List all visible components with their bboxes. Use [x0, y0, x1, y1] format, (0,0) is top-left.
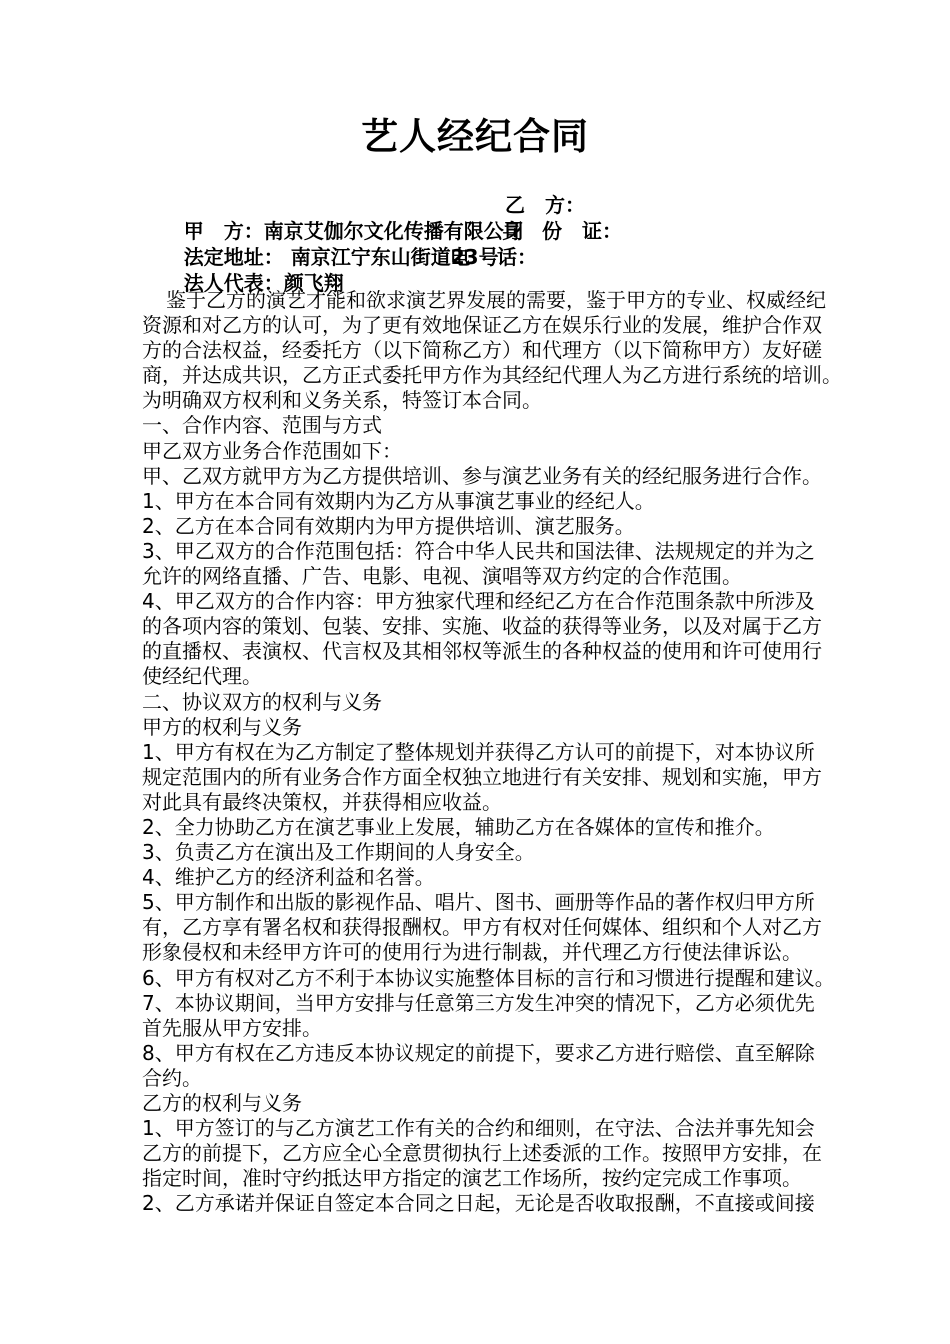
- subsection-heading: 甲方的权利与义务: [142, 715, 808, 740]
- contract-line: 4、甲乙双方的合作内容：甲方独家代理和经纪乙方在合作范围条款中所涉及: [142, 589, 808, 614]
- contract-line: 1、甲方在本合同有效期内为乙方从事演艺事业的经纪人。: [142, 489, 808, 514]
- contract-line: 对此具有最终决策权，并获得相应收益。: [142, 790, 808, 815]
- id-card-label: 身 份 证：: [502, 218, 622, 244]
- contract-body: 鉴于乙方的演艺才能和欲求演艺界发展的需要，鉴于甲方的专业、权威经纪 资源和对乙方…: [142, 288, 808, 1216]
- contract-line: 指定时间，准时守约抵达甲方指定的演艺工作场所，按约定完成工作事项。: [142, 1166, 808, 1191]
- party-b-label: 乙 方：: [505, 192, 585, 218]
- contract-line: 合约。: [142, 1066, 808, 1091]
- contract-page: 艺人经纪合同 甲 方：南京艾伽尔文化传播有限公司 乙 方： 法定地址： 南京江宁…: [0, 0, 950, 1344]
- contract-line: 的各项内容的策划、包装、安排、实施、收益的获得等业务，以及对属于乙方: [142, 614, 808, 639]
- contract-line: 甲、乙双方就甲方为乙方提供培训、参与演艺业务有关的经纪服务进行合作。: [142, 464, 808, 489]
- contract-line: 使经纪代理。: [142, 664, 808, 689]
- section-heading: 二、协议双方的权利与义务: [142, 690, 808, 715]
- contract-line: 允许的网络直播、广告、电影、电视、演唱等双方约定的合作范围。: [142, 564, 808, 589]
- contract-line: 形象侵权和未经甲方许可的使用行为进行制裁，并代理乙方行使法律诉讼。: [142, 940, 808, 965]
- contract-header: 甲 方：南京艾伽尔文化传播有限公司 乙 方： 法定地址： 南京江宁东山街道23号…: [142, 192, 902, 270]
- header-row-party: 甲 方：南京艾伽尔文化传播有限公司 乙 方：: [142, 192, 902, 218]
- page-title: 艺人经纪合同: [0, 114, 950, 160]
- contract-line: 6、甲方有权对乙方不利于本协议实施整体目标的言行和习惯进行提醒和建议。: [142, 966, 808, 991]
- contract-line: 鉴于乙方的演艺才能和欲求演艺界发展的需要，鉴于甲方的专业、权威经纪: [142, 288, 808, 313]
- contract-line: 1、甲方签订的与乙方演艺工作有关的合约和细则，在守法、合法并事先知会: [142, 1116, 808, 1141]
- section-heading: 一、合作内容、范围与方式: [142, 413, 808, 438]
- contract-line: 规定范围内的所有业务合作方面全权独立地进行有关安排、规划和实施，甲方: [142, 765, 808, 790]
- contract-line: 7、本协议期间，当甲方安排与任意第三方发生冲突的情况下，乙方必须优先: [142, 991, 808, 1016]
- contract-line: 4、维护乙方的经济利益和名誉。: [142, 865, 808, 890]
- phone-label: 电 话：: [450, 244, 537, 270]
- contract-line: 方的合法权益，经委托方（以下简称乙方）和代理方（以下简称甲方）友好磋: [142, 338, 808, 363]
- contract-line: 3、负责乙方在演出及工作期间的人身安全。: [142, 840, 808, 865]
- contract-line: 为明确双方权利和义务关系，特签订本合同。: [142, 388, 808, 413]
- contract-line: 有，乙方享有署名权和获得报酬权。甲方有权对任何媒体、组织和个人对乙方: [142, 915, 808, 940]
- contract-line: 首先服从甲方安排。: [142, 1016, 808, 1041]
- contract-line: 1、甲方有权在为乙方制定了整体规划并获得乙方认可的前提下，对本协议所: [142, 740, 808, 765]
- contract-line: 2、乙方在本合同有效期内为甲方提供培训、演艺服务。: [142, 514, 808, 539]
- header-row-representative: 法人代表：颜飞翔 电 话：: [142, 244, 902, 270]
- header-row-address: 法定地址： 南京江宁东山街道23号 身 份 证：: [142, 218, 902, 244]
- contract-line: 乙方的前提下，乙方应全心全意贯彻执行上述委派的工作。按照甲方安排，在: [142, 1141, 808, 1166]
- contract-line: 甲乙双方业务合作范围如下：: [142, 439, 808, 464]
- contract-line: 2、乙方承诺并保证自签定本合同之日起，无论是否收取报酬，不直接或间接: [142, 1191, 808, 1216]
- contract-line: 的直播权、表演权、代言权及其相邻权等派生的各种权益的使用和许可使用行: [142, 639, 808, 664]
- contract-line: 5、甲方制作和出版的影视作品、唱片、图书、画册等作品的著作权归甲方所: [142, 890, 808, 915]
- contract-line: 商，并达成共识，乙方正式委托甲方作为其经纪代理人为乙方进行系统的培训。: [142, 363, 808, 388]
- contract-line: 3、甲乙双方的合作范围包括：符合中华人民共和国法律、法规规定的并为之: [142, 539, 808, 564]
- contract-line: 2、全力协助乙方在演艺事业上发展，辅助乙方在各媒体的宣传和推介。: [142, 815, 808, 840]
- contract-line: 资源和对乙方的认可，为了更有效地保证乙方在娱乐行业的发展，维护合作双: [142, 313, 808, 338]
- contract-line: 8、甲方有权在乙方违反本协议规定的前提下，要求乙方进行赔偿、直至解除: [142, 1041, 808, 1066]
- subsection-heading: 乙方的权利与义务: [142, 1091, 808, 1116]
